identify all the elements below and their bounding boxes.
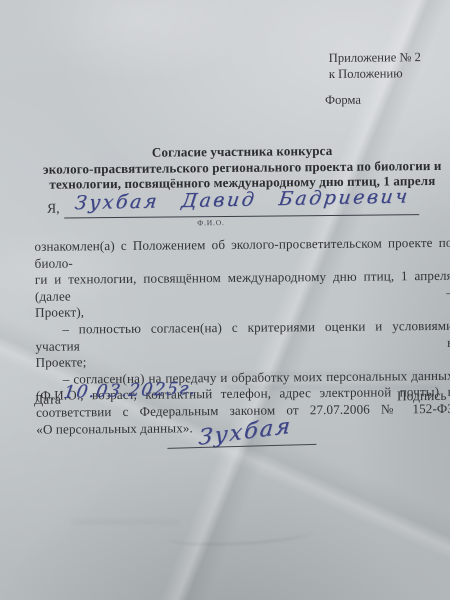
body-line: ознакомлен(а) с Положением об эколого-пр… xyxy=(34,235,450,272)
handwritten-name: Зухбая Давид Бадриевич xyxy=(73,185,410,214)
name-prefix: Я, xyxy=(33,201,65,219)
document-photo: Приложение № 2 к Положению Форма Согласи… xyxy=(0,0,450,600)
fio-caption: Ф.И.О. xyxy=(197,218,225,227)
signature-label: Подпись xyxy=(397,388,447,404)
form-label: Форма xyxy=(325,93,361,108)
body-line: – полностью согласен(на) с критериями оц… xyxy=(35,318,450,355)
appendix-note: Приложение № 2 к Положению xyxy=(329,50,422,82)
name-underline: Зухбая Давид Бадриевич xyxy=(64,187,419,218)
body-line: ги и технологии, посвящённом международн… xyxy=(35,268,450,305)
body-text: ознакомлен(а) с Положением об эколого-пр… xyxy=(34,235,450,438)
handwritten-date: 10.03.2025г. xyxy=(62,379,198,403)
name-row: Я, Зухбая Давид Бадриевич xyxy=(33,187,419,219)
appendix-line-1: Приложение № 2 xyxy=(329,50,421,67)
date-label: Дата xyxy=(34,392,61,408)
document-title: Согласие участника конкурса эколого-прас… xyxy=(33,142,450,193)
consent-form: Приложение № 2 к Положению Форма Согласи… xyxy=(0,0,450,600)
appendix-line-2: к Положению xyxy=(329,66,421,83)
